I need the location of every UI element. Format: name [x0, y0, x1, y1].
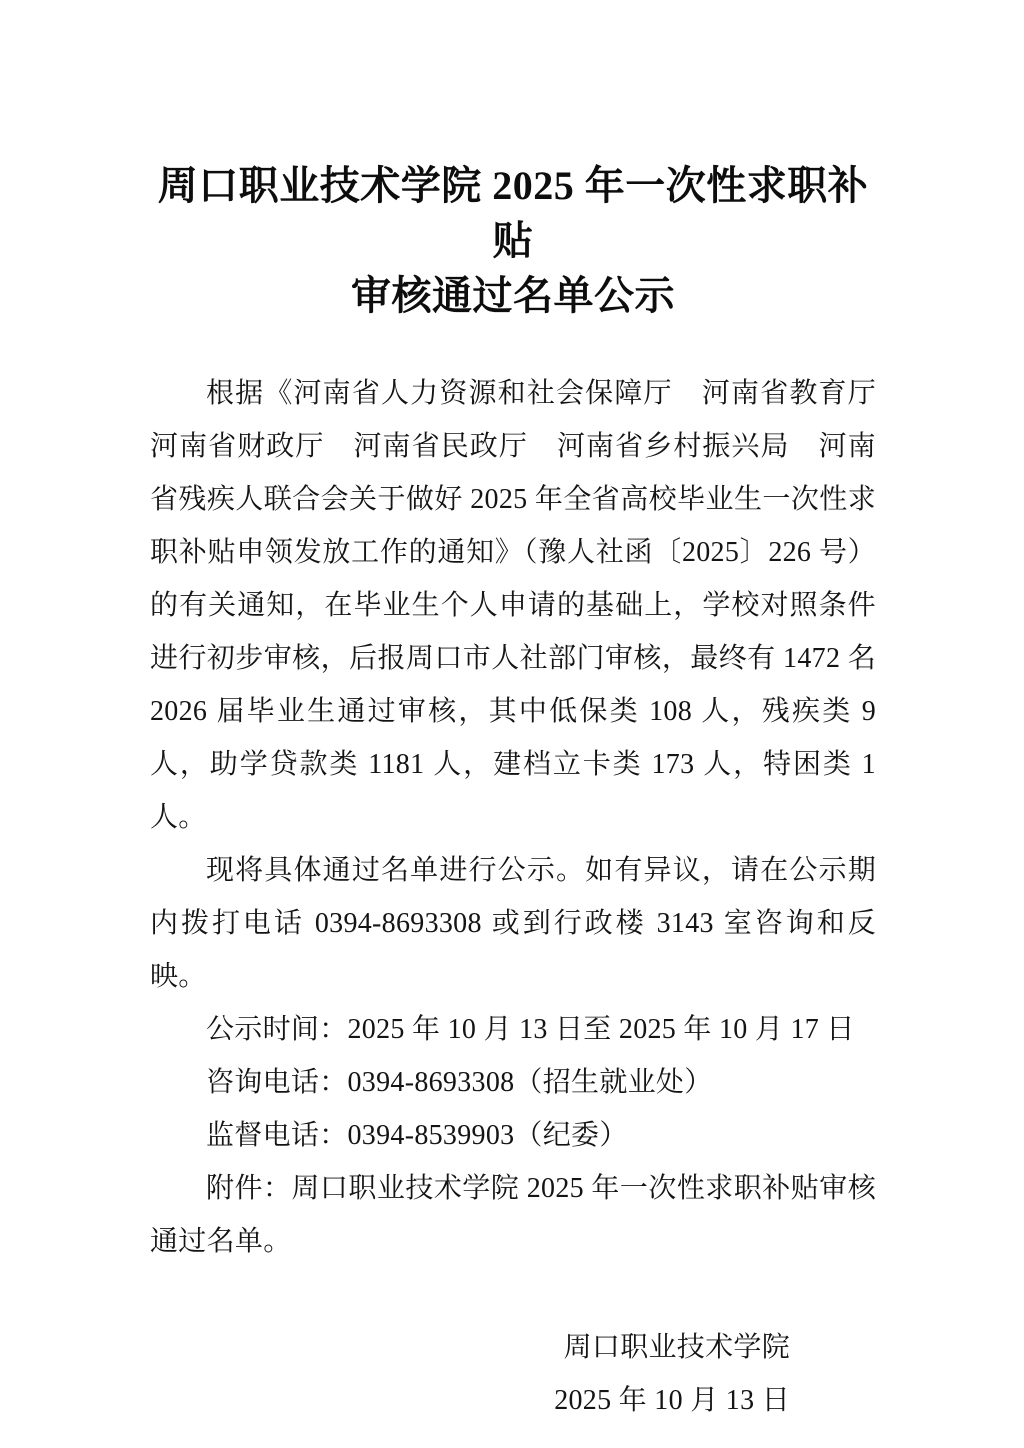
signature-date: 2025 年 10 月 13 日 [150, 1374, 790, 1427]
title-line-1: 周口职业技术学院 2025 年一次性求职补贴 [150, 158, 876, 268]
signature-organization: 周口职业技术学院 [150, 1321, 790, 1374]
paragraph-attachment: 附件：周口职业技术学院 2025 年一次性求职补贴审核通过名单。 [150, 1162, 876, 1268]
paragraph-publicity-notice: 现将具体通过名单进行公示。如有异议，请在公示期内拨打电话 0394-869330… [150, 844, 876, 1003]
document-title: 周口职业技术学院 2025 年一次性求职补贴 审核通过名单公示 [150, 158, 876, 323]
signature-block: 周口职业技术学院 2025 年 10 月 13 日 [150, 1321, 876, 1427]
title-line-2: 审核通过名单公示 [150, 268, 876, 323]
paragraph-basis: 根据《河南省人力资源和社会保障厅 河南省教育厅 河南省财政厅 河南省民政厅 河南… [150, 367, 876, 844]
document-page: 周口职业技术学院 2025 年一次性求职补贴 审核通过名单公示 根据《河南省人力… [0, 0, 1024, 1448]
paragraph-inquiry-phone: 咨询电话：0394-8693308（招生就业处） [150, 1056, 876, 1109]
paragraph-supervision-phone: 监督电话：0394-8539903（纪委） [150, 1109, 876, 1162]
paragraph-publicity-period: 公示时间：2025 年 10 月 13 日至 2025 年 10 月 17 日 [150, 1003, 876, 1056]
